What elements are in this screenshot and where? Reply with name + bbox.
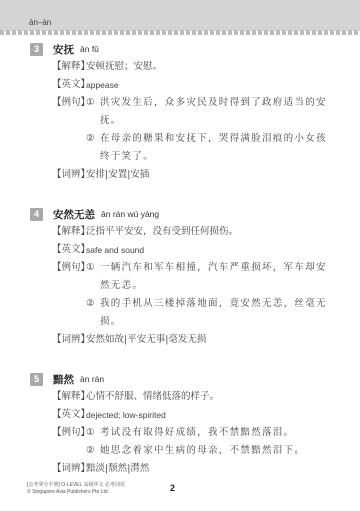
example-text: 洪灾发生后，众多灾民及时得到了政府适当的安抚。: [100, 94, 330, 130]
example-item: ② 在母亲的糖果和安抚下，哭得满脸泪痕的小女孩终于笑了。: [86, 130, 330, 166]
diff-tag: 【词辨】: [52, 331, 86, 349]
english-text: safe and sound: [86, 241, 330, 259]
footer-credits: [会考拿分手册] O-LEVEL 高级华文 必考词语 © Singapore A…: [27, 482, 125, 496]
example-text: 考试没有取得好成绩，我不禁黯然落泪。: [100, 424, 330, 442]
explain-tag: 【解释】: [52, 223, 86, 241]
diff-tag: 【词辨】: [52, 460, 86, 478]
example-item: ② 我的手机从三楼掉落地面，竟安然无恙，丝毫无损。: [86, 295, 330, 331]
diff-text: 黯淡|颓然|潸然: [86, 460, 330, 478]
example-number: ②: [86, 295, 100, 331]
example-number: ①: [86, 424, 100, 442]
example-tag: 【例句】: [52, 259, 86, 331]
english-text: dejected; low-spirited: [86, 406, 330, 424]
english-tag: 【英文】: [52, 76, 86, 94]
entry-pinyin: ān rán wú yàng: [101, 209, 159, 219]
header-band: [0, 0, 360, 31]
entry-word: 安然无恙: [53, 207, 95, 222]
example-number: ①: [86, 259, 100, 295]
entry-word: 安抚: [53, 42, 74, 57]
footer-copyright: © Singapore Asia Publishers Pte Ltd: [27, 489, 125, 496]
example-item: ② 她思念着家中生病的母亲，不禁黯然泪下。: [86, 442, 330, 460]
diff-text: 安然如故|平安无事|毫发无损: [86, 331, 330, 349]
example-item: ① 洪灾发生后，众多灾民及时得到了政府适当的安抚。: [86, 94, 330, 130]
entry-5: 5 黯然 àn rán 【解释】 心情不舒服、情绪低落的样子。 【英文】 dej…: [30, 372, 330, 478]
example-item: ① 一辆汽车和军车相撞，汽车严重损坏，军车却安然无恙。: [86, 259, 330, 295]
example-text: 在母亲的糖果和安抚下，哭得满脸泪痕的小女孩终于笑了。: [100, 130, 330, 166]
explain-tag: 【解释】: [52, 58, 86, 76]
explain-text: 心情不舒服、情绪低落的样子。: [86, 388, 330, 406]
explain-text: 安顿抚慰；安慰。: [86, 58, 330, 76]
explain-tag: 【解释】: [52, 388, 86, 406]
entry-pinyin: ān fǔ: [80, 44, 99, 54]
example-tag: 【例句】: [52, 424, 86, 460]
entry-number-badge: 4: [30, 208, 43, 221]
example-number: ②: [86, 442, 100, 460]
footer-book-title: [会考拿分手册] O-LEVEL 高级华文 必考词语: [27, 482, 125, 489]
entry-3: 3 安抚 ān fǔ 【解释】 安顿抚慰；安慰。 【英文】 appease 【例…: [30, 42, 330, 184]
example-item: ① 考试没有取得好成绩，我不禁黯然落泪。: [86, 424, 330, 442]
entry-number-badge: 5: [30, 373, 43, 386]
entry-number-badge: 3: [30, 43, 43, 56]
english-text: appease: [86, 76, 330, 94]
entry-4: 4 安然无恙 ān rán wú yàng 【解释】 泛指平平安安，没有受到任何…: [30, 207, 330, 349]
example-text: 一辆汽车和军车相撞，汽车严重损坏，军车却安然无恙。: [100, 259, 330, 295]
header-divider: [0, 30, 360, 35]
english-tag: 【英文】: [52, 406, 86, 424]
page-range-label: ān–àn: [29, 18, 51, 27]
diff-tag: 【词辨】: [52, 166, 86, 184]
diff-text: 安排|安置|安插: [86, 166, 330, 184]
entry-word: 黯然: [53, 372, 74, 387]
example-text: 她思念着家中生病的母亲，不禁黯然泪下。: [100, 442, 330, 460]
example-tag: 【例句】: [52, 94, 86, 166]
explain-text: 泛指平平安安，没有受到任何损伤。: [86, 223, 330, 241]
entry-pinyin: àn rán: [80, 374, 104, 384]
example-text: 我的手机从三楼掉落地面，竟安然无恙，丝毫无损。: [100, 295, 330, 331]
page-number: 2: [170, 483, 175, 493]
example-number: ②: [86, 130, 100, 166]
example-number: ①: [86, 94, 100, 130]
english-tag: 【英文】: [52, 241, 86, 259]
